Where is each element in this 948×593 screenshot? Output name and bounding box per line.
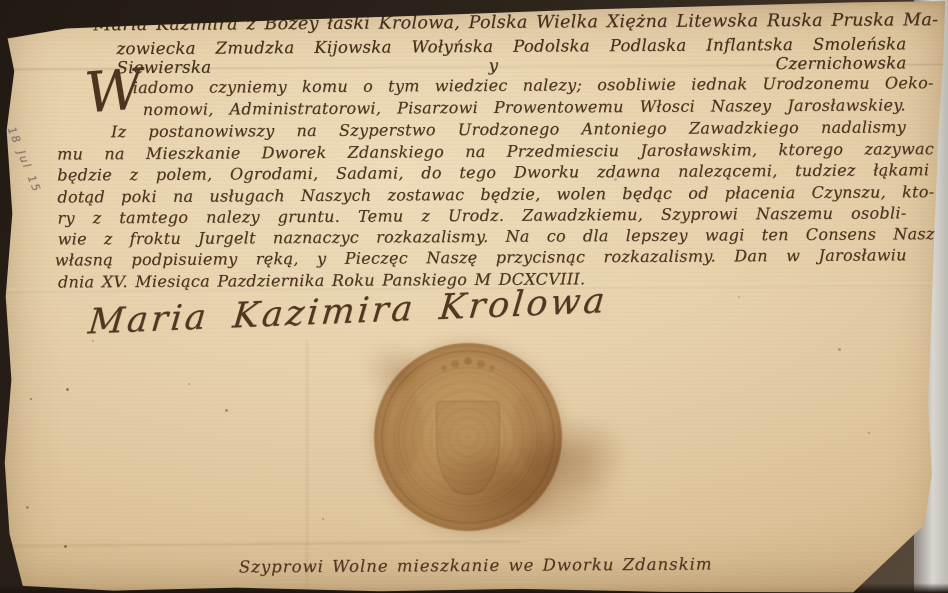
seal-crown-icon bbox=[464, 357, 472, 365]
body-line-1: iadomo czyniemy komu o tym wiedziec nale… bbox=[133, 73, 934, 97]
title-line-2: zowiecka Zmudzka Kijowska Wołyńska Podol… bbox=[116, 34, 906, 77]
docket-note: Szyprowi Wolne mieszkanie we Dworku Zdan… bbox=[2, 553, 948, 578]
wax-seal-impression bbox=[374, 343, 562, 531]
body-line-8: wie z froktu Jurgelt naznaczyc rozkazali… bbox=[58, 224, 935, 248]
body-line-3: Iz postanowiwszy na Szyperstwo Urodzoneg… bbox=[111, 117, 906, 141]
photo-backdrop: Maria Kazimira z Bozey łaski Krolowa, Po… bbox=[0, 0, 948, 593]
body-line-7: ry z tamtego nalezy gruntu. Temu z Urodz… bbox=[57, 203, 906, 227]
title-line-1: Maria Kazimira z Bozey łaski Krolowa, Po… bbox=[93, 10, 938, 35]
body-line-9: własną podpisuiemy ręką, y Pieczęc Naszę… bbox=[55, 245, 907, 269]
body-line-2: nomowi, Administratorowi, Pisarzowi Prow… bbox=[143, 95, 906, 119]
manuscript-page: Maria Kazimira z Bozey łaski Krolowa, Po… bbox=[0, 0, 948, 593]
margin-pencil-note: 18 Jul 15 bbox=[5, 125, 44, 195]
body-line-6: dotąd poki na usługach Naszych zostawac … bbox=[57, 182, 934, 206]
body-line-5: będzie z polem, Ogrodami, Sadami, do teg… bbox=[57, 160, 929, 184]
body-line-4: mu na Mieszkanie Dworek Zdanskiego na Pr… bbox=[57, 139, 934, 163]
